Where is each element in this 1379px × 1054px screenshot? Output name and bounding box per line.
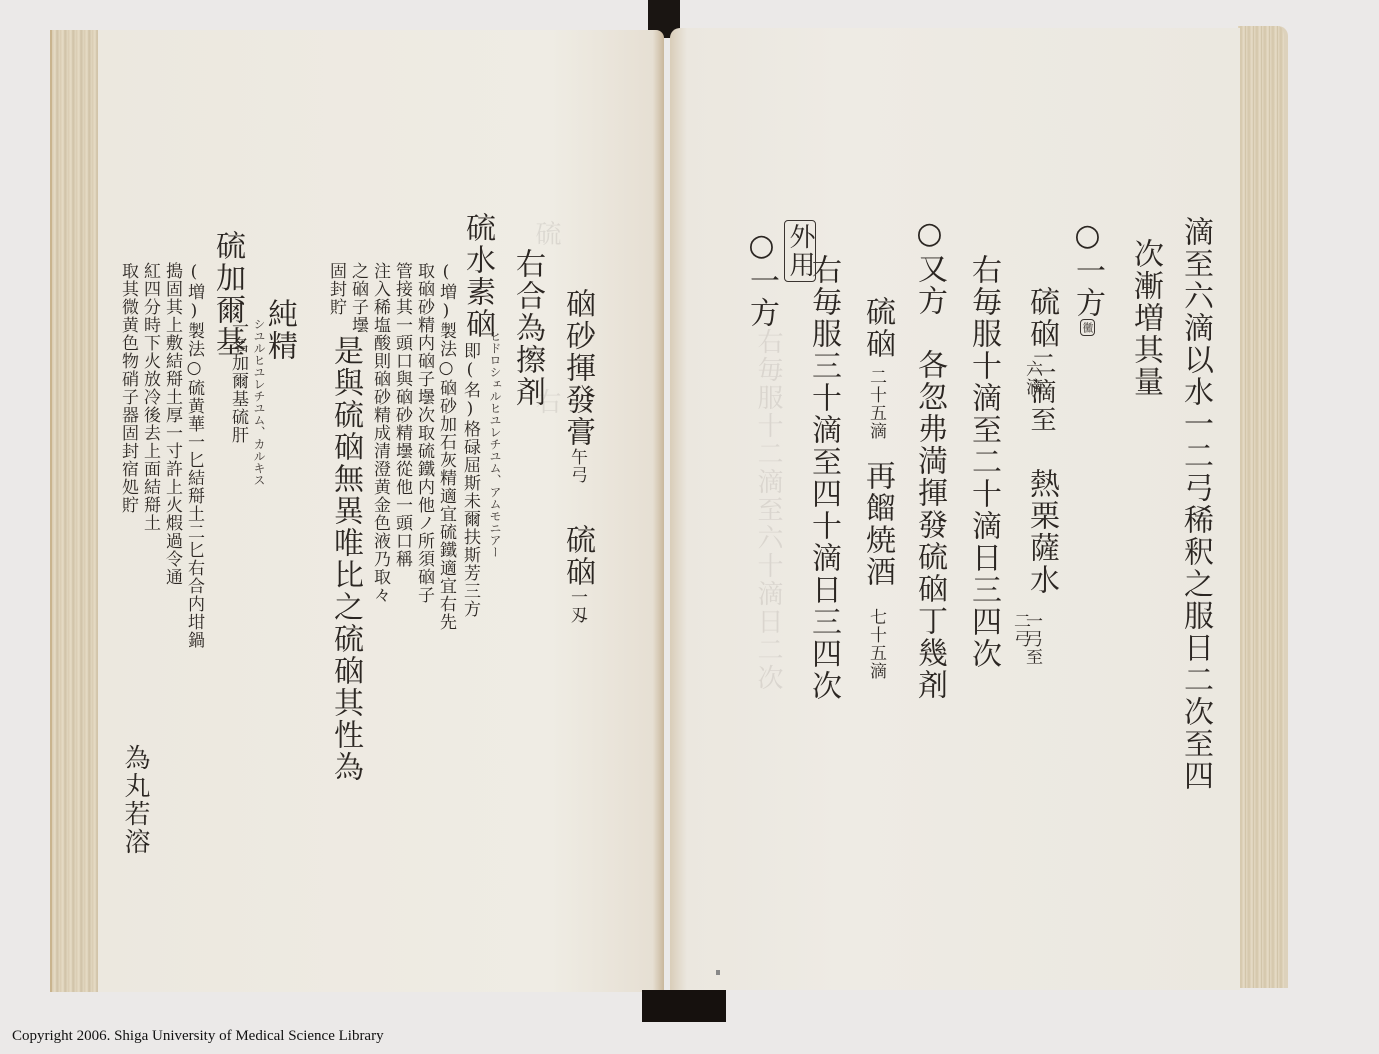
- text-column: 是與硫硇無異唯比之硫硇其性為: [328, 335, 362, 783]
- bleed-through-text: 右毎服十二滴至六十滴日二次: [750, 328, 787, 692]
- page-edge-right: [1238, 26, 1288, 988]
- text-column: 硇砂揮發膏午弓硫硇一刄: [560, 288, 594, 624]
- text-column: 硫硇: [860, 296, 894, 360]
- text-column: 純精: [262, 298, 296, 362]
- text-column: 七十五滴: [866, 608, 885, 680]
- text-column: 次漸増其量: [1128, 238, 1162, 398]
- text-column: 右毎服十滴至二十滴日三四次: [966, 254, 1000, 670]
- paper-speck: [716, 970, 720, 975]
- text-column: 管接其一頭口與硇砂精壜從他一頭口稱: [392, 262, 411, 568]
- text-column: 二弓: [1010, 612, 1029, 648]
- text-column: 硫水素硇: [460, 212, 494, 340]
- left-page: 硫 右 硇砂揮發膏午弓硫硇一刄 右合為擦剤 硫水素硇 ヒドロシェルヒユレチユム、…: [98, 30, 664, 992]
- book-scan: 硫 右 硇砂揮發膏午弓硫硇一刄 右合為擦剤 硫水素硇 ヒドロシェルヒユレチユム、…: [0, 0, 1379, 1022]
- text-column: 搗固其上敷結搿土厚一寸許上火煆過令通: [162, 262, 181, 586]
- copyright-notice: Copyright 2006. Shiga University of Medi…: [12, 1028, 384, 1045]
- text-column: 為丸若溶: [120, 744, 150, 856]
- text-column: ○又方 各忽弗満揮發硫硇丁幾剤: [912, 216, 946, 701]
- text-column: 右合為擦剤: [510, 248, 544, 408]
- text-column: ○一方黴: [1070, 218, 1104, 336]
- katakana-gloss: シユルヒユレチユム、カルキス: [252, 318, 266, 486]
- text-column: 之硇子壜: [348, 262, 367, 334]
- text-column: 取其微黄色物硝子器固封宿処貯: [118, 262, 137, 514]
- text-column: 一名加爾基硫肝: [228, 318, 247, 444]
- text-column: (増)製法○硇砂加石灰精適宜硫鐵適宜右先: [436, 262, 455, 631]
- text-column: 右毎服三十滴至四十滴日三四次: [806, 254, 840, 702]
- text-column: 二十五滴: [866, 368, 885, 440]
- katakana-gloss: ヒドロシェルヒユレチユム、アムモニアー: [488, 330, 502, 558]
- page-edge-left: [50, 30, 100, 992]
- text-column: (増)製法○硫黄華一匕結搿土二匕右合内坩鍋: [184, 262, 203, 649]
- text-column: 熱栗薩水: [1024, 468, 1058, 596]
- text-column: ○一方: [744, 228, 778, 329]
- text-column: 紅四分時下火放冷後去上面結搿土: [140, 262, 159, 532]
- right-page: 右毎服十二滴至六十滴日二次 滴至六滴以水一二弓稀釈之服日二次至四 次漸増其量 ○…: [670, 28, 1240, 990]
- text-column: 滴至六滴以水一二弓稀釈之服日二次至四: [1178, 216, 1212, 792]
- text-column: 再餾焼酒: [860, 460, 894, 588]
- bookmark-ribbon-bottom: [642, 990, 726, 1022]
- text-column: 即(名)格碌屈斯未爾扶斯芳三方: [460, 342, 479, 618]
- text-column: 取硇砂精内硇子壜次取硫鐵内他ノ所須硇子: [414, 262, 433, 604]
- annotation-mark: 黴: [1080, 319, 1095, 336]
- text-column: 注入稀塩酸則硇砂精成清澄黄金色液乃取々: [370, 262, 389, 604]
- text-column: 六滴: [1022, 360, 1041, 396]
- text-column: 固封貯: [326, 262, 345, 316]
- section-label-external-use: 外用: [784, 220, 816, 282]
